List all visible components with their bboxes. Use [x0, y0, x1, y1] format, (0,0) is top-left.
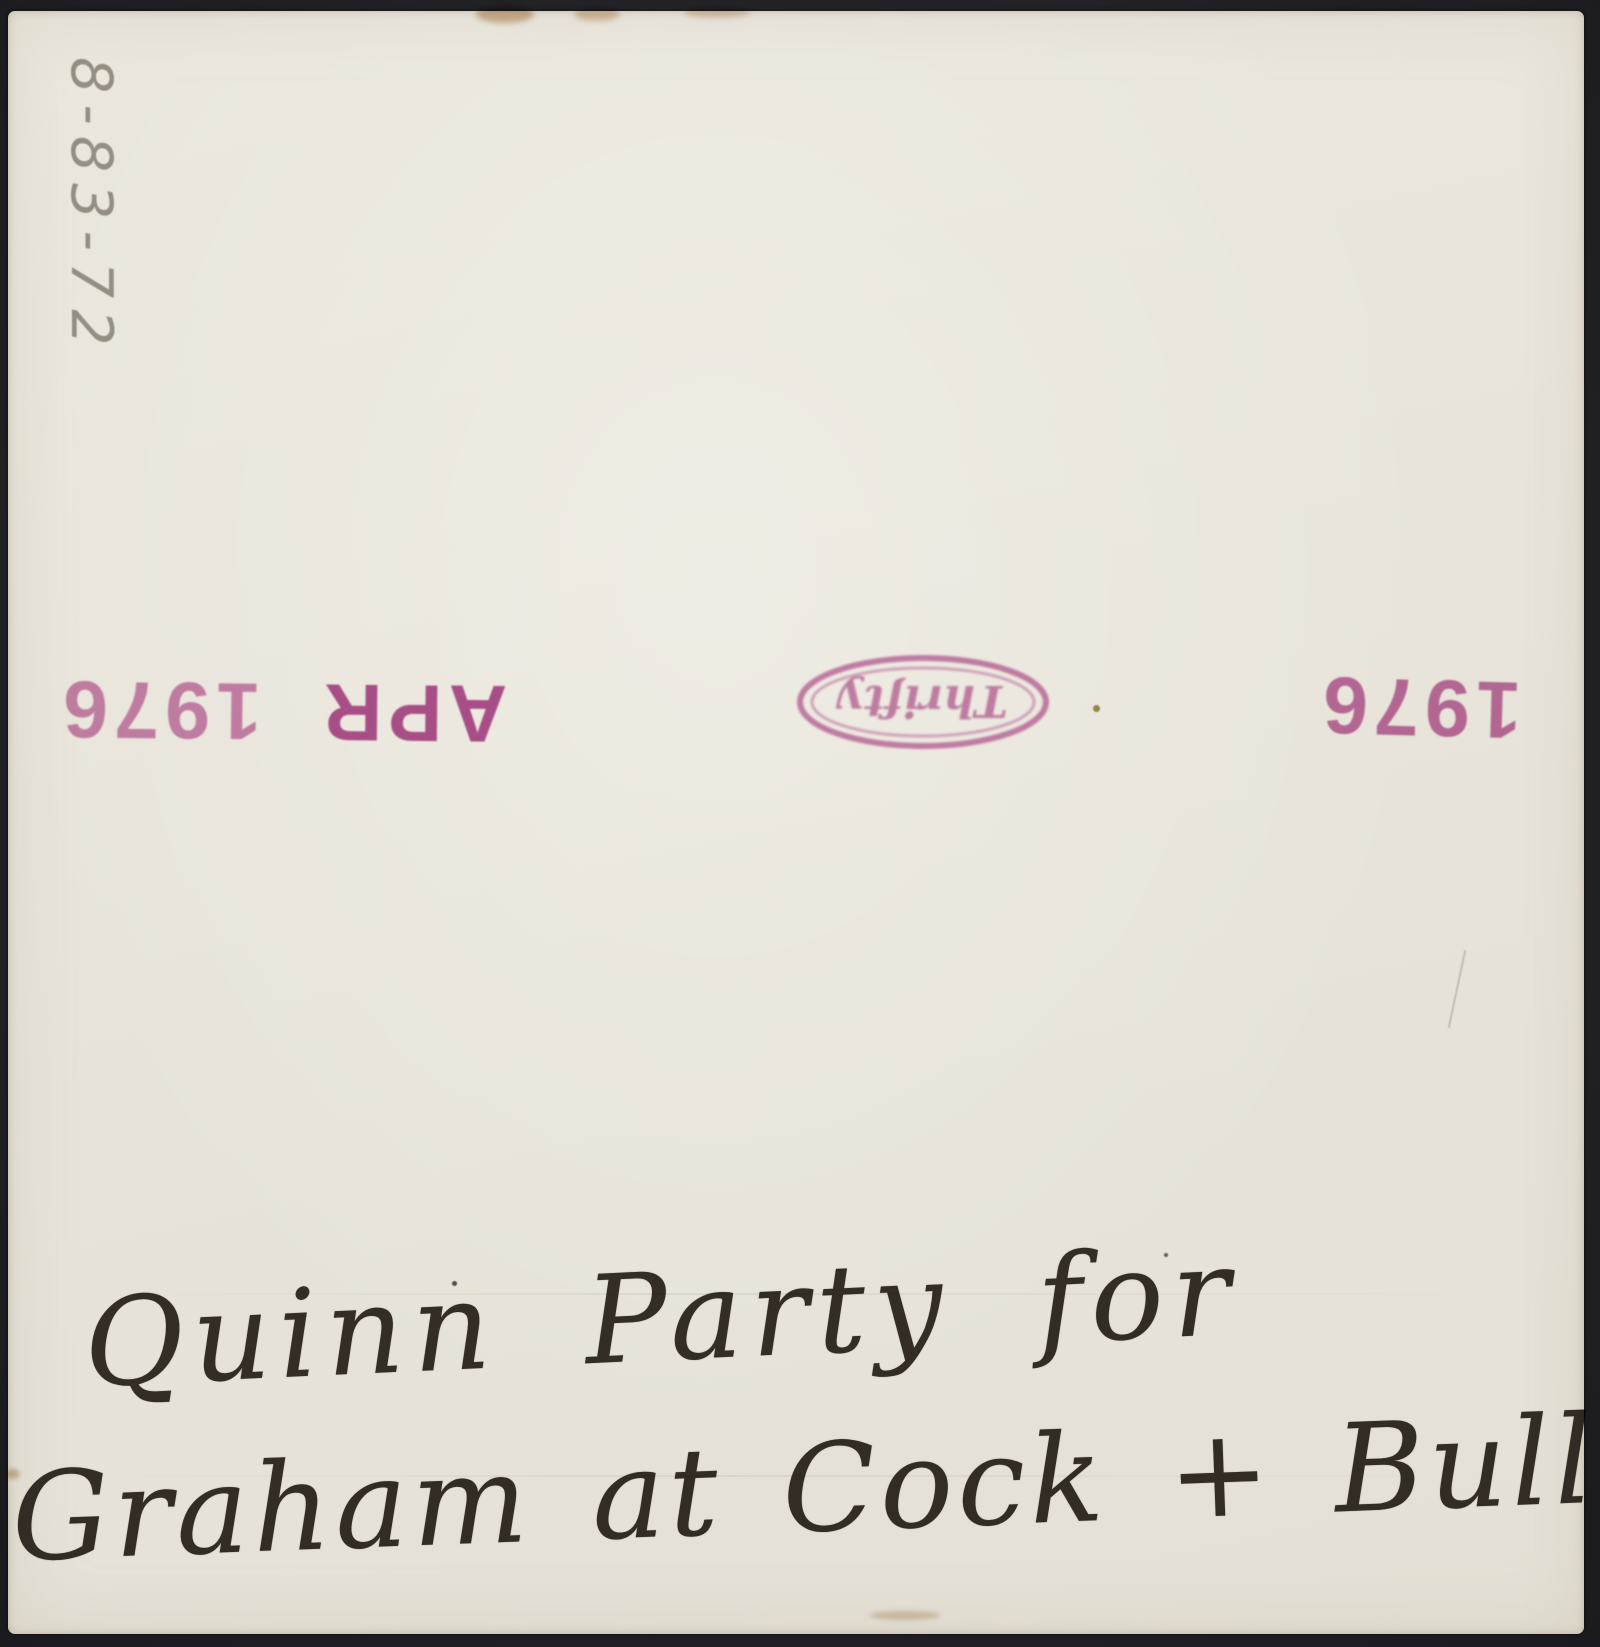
stain-spot: [476, 5, 534, 23]
year-stamp: 1976: [1310, 663, 1528, 751]
date-stamp-month: APR: [317, 665, 507, 760]
stain-spot: [870, 1611, 940, 1620]
photo-back-paper: 8-83-72 APR 1976 Thrifty 1976 Quinn Part…: [8, 11, 1584, 1634]
handwritten-caption-line-2: Graham at Cock + Bull: [9, 1389, 1599, 1589]
ink-speck: [1164, 1253, 1168, 1257]
handwritten-caption-line-1: Quinn Party for: [81, 1221, 1241, 1415]
thrifty-logo-stamp: Thrifty: [792, 652, 1054, 752]
scan-background: 8-83-72 APR 1976 Thrifty 1976 Quinn Part…: [0, 0, 1600, 1647]
pencil-inscription: 8-83-72: [58, 57, 124, 356]
logo-stamp-text: Thrifty: [835, 675, 1008, 726]
stain-spot: [684, 6, 750, 18]
stain-spot: [6, 1469, 20, 1479]
thrifty-oval-icon: Thrifty: [792, 652, 1054, 752]
stain-spot: [574, 7, 620, 21]
date-stamp-year: 1976: [57, 662, 262, 757]
ink-speck: [452, 1281, 457, 1286]
stain-spot: [1093, 705, 1100, 712]
date-stamp: APR 1976: [57, 668, 508, 755]
paper-scratch: [1448, 950, 1467, 1029]
